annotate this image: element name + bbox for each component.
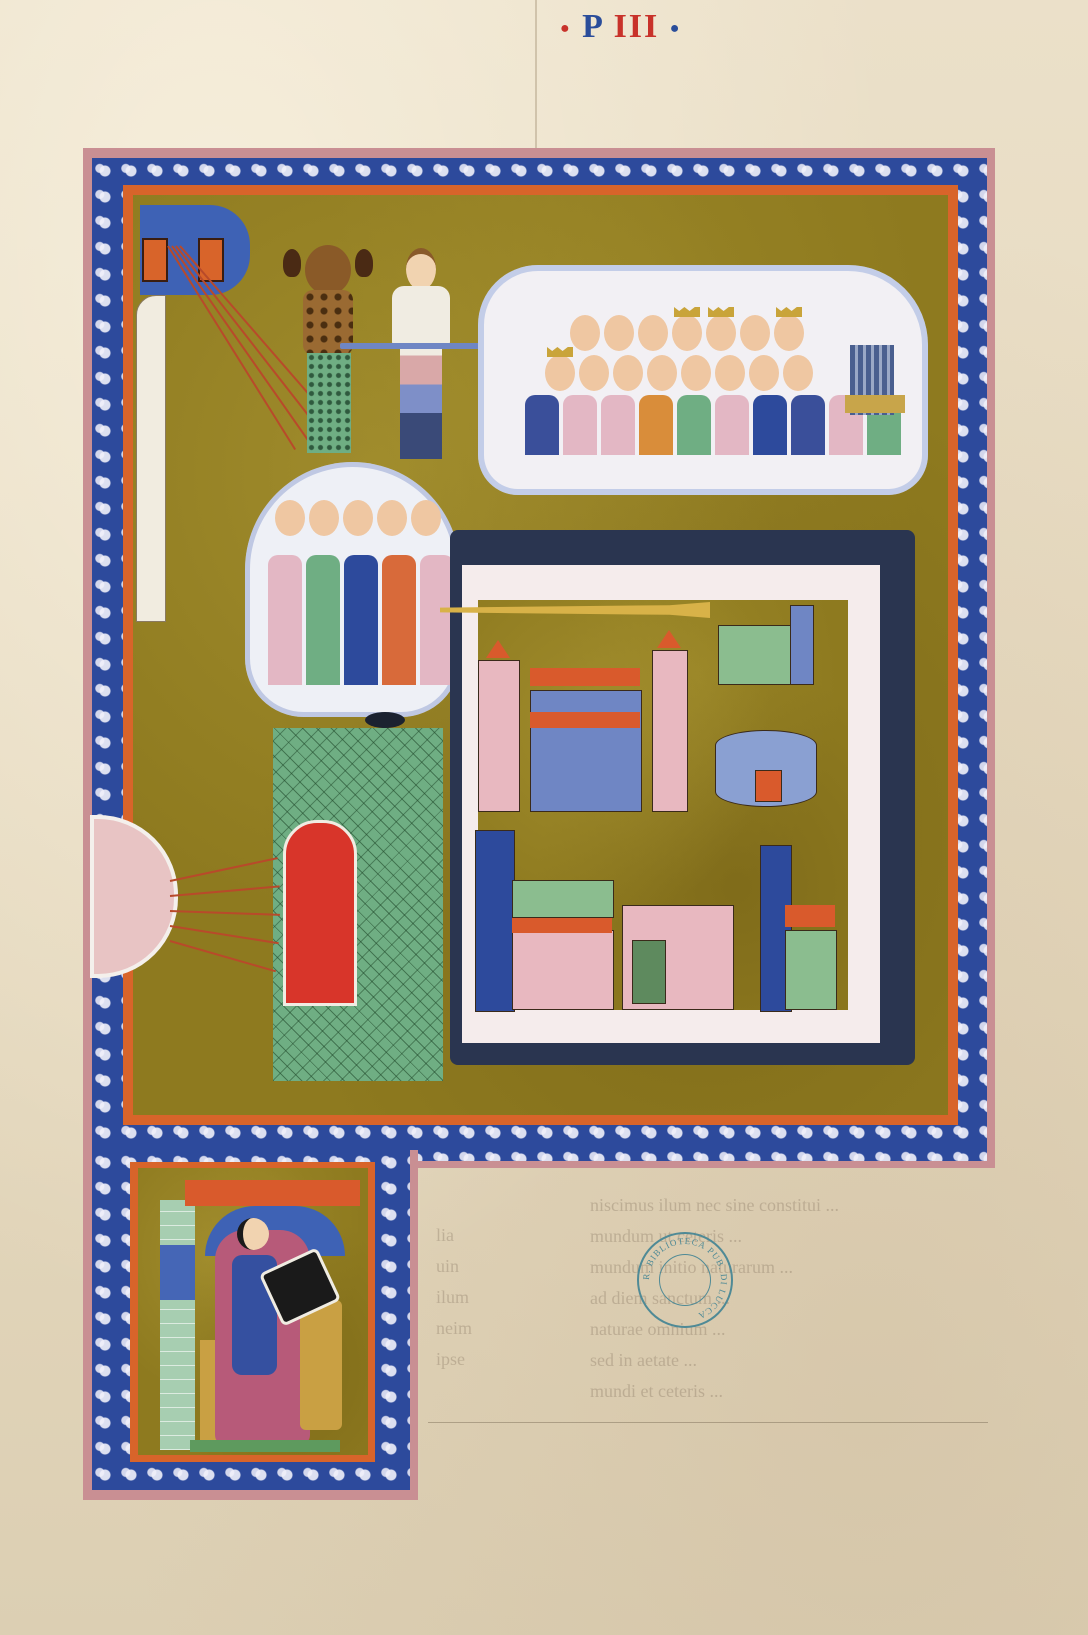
prophets-robes — [268, 555, 454, 685]
church-roof-lower — [530, 712, 640, 728]
choir-head-crowned — [672, 315, 702, 351]
robe — [753, 395, 787, 455]
spire — [657, 630, 681, 648]
choir-head — [783, 355, 813, 391]
lectern — [300, 1300, 342, 1430]
tower-green-lower — [475, 830, 515, 1012]
prophet-head — [275, 500, 305, 536]
beast-figure — [283, 245, 373, 455]
church-right-tower — [652, 650, 688, 812]
red-arched-door — [283, 820, 357, 1006]
pink-house-left — [512, 930, 614, 1010]
choir-head — [579, 355, 609, 391]
choir-head — [715, 355, 745, 391]
choir-head — [604, 315, 634, 351]
choir-back-row — [570, 315, 804, 351]
green-house-right — [785, 930, 837, 1010]
shutter-left — [142, 238, 168, 282]
text-line: lia — [436, 1220, 472, 1251]
choir-head-crowned — [774, 315, 804, 351]
robe — [677, 395, 711, 455]
robe — [268, 555, 302, 685]
text-line: ilum — [436, 1282, 472, 1313]
choir-head — [613, 355, 643, 391]
text-line: ipse — [436, 1344, 472, 1375]
paw-right — [355, 249, 373, 277]
youth-skirt — [400, 344, 442, 459]
church-roof — [530, 668, 640, 686]
portrait-tower-blue — [160, 1245, 195, 1300]
house-roof-right — [785, 905, 835, 927]
white-pillar — [136, 295, 166, 622]
text-line: uin — [436, 1251, 472, 1282]
choir-head — [570, 315, 600, 351]
tower-cap — [365, 712, 405, 728]
blue-dot: ● — [670, 20, 682, 37]
youth-figure — [378, 248, 468, 463]
robe — [306, 555, 340, 685]
sword-blade — [340, 343, 495, 349]
choir-head — [681, 355, 711, 391]
choir-head — [647, 355, 677, 391]
text-line: sed in aetate ... — [590, 1345, 839, 1376]
robe — [639, 395, 673, 455]
youth-tunic — [392, 286, 450, 346]
organ-case — [845, 395, 905, 413]
paw-left — [283, 249, 301, 277]
text-line: neim — [436, 1313, 472, 1344]
robe — [382, 555, 416, 685]
prophet-head — [377, 500, 407, 536]
nun-face — [237, 1218, 269, 1250]
church-nave — [530, 690, 642, 812]
svg-text:R. BIBLIOTECA PUB. DI LUCCA: R. BIBLIOTECA PUB. DI LUCCA — [641, 1236, 729, 1321]
ruling-line — [428, 1422, 988, 1423]
choir-head — [740, 315, 770, 351]
stamp-text-ring: R. BIBLIOTECA PUB. DI LUCCA — [639, 1234, 731, 1326]
green-hall — [718, 625, 792, 685]
spire — [486, 640, 510, 658]
choir-front-row — [545, 355, 813, 391]
page-fold — [535, 0, 537, 150]
ghost-text-margin: lia uin ilum neim ipse — [436, 1220, 472, 1375]
portrait-canopy — [185, 1180, 360, 1206]
floor — [190, 1440, 340, 1452]
green-robe — [307, 353, 351, 453]
robe — [563, 395, 597, 455]
text-line: mundi et ceteris ... — [590, 1376, 839, 1407]
red-dot: ● — [560, 20, 572, 37]
leopard-head — [305, 245, 351, 295]
library-stamp: R. BIBLIOTECA PUB. DI LUCCA — [637, 1232, 733, 1328]
robe — [344, 555, 378, 685]
text-line: niscimus ilum nec sine constitui ... — [590, 1190, 839, 1221]
choir-head — [638, 315, 668, 351]
choir-head-crowned — [545, 355, 575, 391]
blue-tower-small — [790, 605, 814, 685]
folio-numeral: III — [614, 8, 660, 45]
choir-head-crowned — [706, 315, 736, 351]
robe — [715, 395, 749, 455]
robe — [791, 395, 825, 455]
stamp-text: R. BIBLIOTECA PUB. DI LUCCA — [641, 1236, 729, 1321]
prophet-head — [343, 500, 373, 536]
green-gallery — [512, 880, 614, 918]
prophet-head — [309, 500, 339, 536]
church-left-tower — [478, 660, 520, 812]
folio-marker: ● P III ● — [560, 8, 681, 46]
gate-door — [632, 940, 666, 1004]
prophet-head — [411, 500, 441, 536]
folio-letter: P — [582, 8, 603, 45]
robe — [420, 555, 454, 685]
prophets-heads — [275, 500, 441, 536]
fortress-gate — [755, 770, 782, 802]
robe — [601, 395, 635, 455]
portrait-tower — [160, 1200, 195, 1450]
choir-head — [749, 355, 779, 391]
youth-head — [406, 248, 436, 290]
robe — [525, 395, 559, 455]
shutter-right — [198, 238, 224, 282]
